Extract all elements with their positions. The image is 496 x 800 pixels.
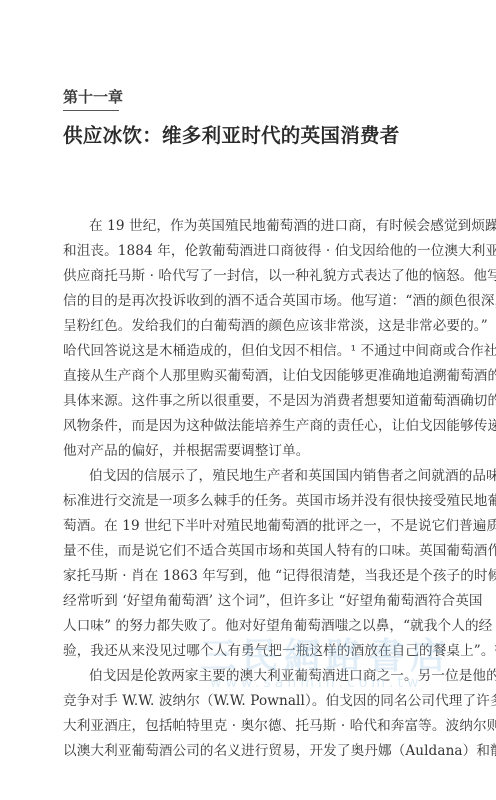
text-line: 竞争对手 W.W. 波纳尔（W.W. Pownall）。伯戈因的同名公司代理了许… (63, 689, 459, 714)
text-line: 具体来源。这件事之所以很重要，不是因为消费者想要知道葡萄酒确切的 (63, 389, 459, 414)
text-line: 伯戈因是伦敦两家主要的澳大利亚葡萄酒进口商之一。另一位是他的 (63, 664, 459, 689)
text-line: 信的目的是再次投诉收到的酒不适合英国市场。他写道：“酒的颜色很深， (63, 289, 459, 314)
text-line: 验，我还从来没见过哪个人有勇气把一瓶这样的酒放在自己的餐桌上”。² (63, 639, 459, 664)
text-line: 他对产品的偏好，并根据需要调整订单。 (63, 439, 459, 464)
body-text: 在 19 世纪，作为英国殖民地葡萄酒的进口商，有时候会感觉到烦躁和沮丧。1884… (63, 214, 459, 764)
text-line: 呈粉红色。发给我们的白葡萄酒的颜色应该非常淡，这是非常必要的。” (63, 314, 459, 339)
text-line: 家托马斯 · 肖在 1863 年写到，他 “记得很清楚，当我还是个孩子的时候， (63, 564, 459, 589)
text-line: 在 19 世纪，作为英国殖民地葡萄酒的进口商，有时候会感觉到烦躁 (63, 214, 459, 239)
text-line: 以澳大利亚葡萄酒公司的名义进行贸易，开发了奥丹娜（Auldana）和鹡 (63, 739, 459, 764)
text-line: 人口味” 的努力都失败了。他对好望角葡萄酒嗤之以鼻，“就我个人的经 (63, 614, 459, 639)
text-line: 经常听到 ‘好望角葡萄酒’ 这个词”，但许多让 “好望角葡萄酒符合英国 (63, 589, 459, 614)
text-line: 直接从生产商个人那里购买葡萄酒，让伯戈因能够更准确地追溯葡萄酒的 (63, 364, 459, 389)
chapter-title: 供应冰饮：维多利亚时代的英国消费者 (63, 120, 400, 148)
chapter-divider (63, 110, 119, 111)
text-line: 和沮丧。1884 年，伦敦葡萄酒进口商彼得 · 伯戈因给他的一位澳大利亚 (63, 239, 459, 264)
text-line: 量不佳，而是说它们不适合英国市场和英国人特有的口味。英国葡萄酒作 (63, 539, 459, 564)
text-line: 供应商托马斯 · 哈代写了一封信，以一种礼貌方式表达了他的恼怒。他写 (63, 264, 459, 289)
text-line: 风物条件，而是因为这种做法能培养生产商的责任心，让伯戈因能够传递 (63, 414, 459, 439)
text-line: 萄酒。在 19 世纪下半叶对殖民地葡萄酒的批评之一，不是说它们普遍质 (63, 514, 459, 539)
text-line: 标准进行交流是一项多么棘手的任务。英国市场并没有很快接受殖民地葡 (63, 489, 459, 514)
chapter-label: 第十一章 (63, 86, 123, 107)
text-line: 哈代回答说这是木桶造成的，但伯戈因不相信。¹ 不通过中间商或合作社， (63, 339, 459, 364)
text-line: 伯戈因的信展示了，殖民地生产者和英国国内销售者之间就酒的品味 (63, 464, 459, 489)
text-line: 大利亚酒庄，包括帕特里克 · 奥尔德、托马斯 · 哈代和奔富等。波纳尔则 (63, 714, 459, 739)
